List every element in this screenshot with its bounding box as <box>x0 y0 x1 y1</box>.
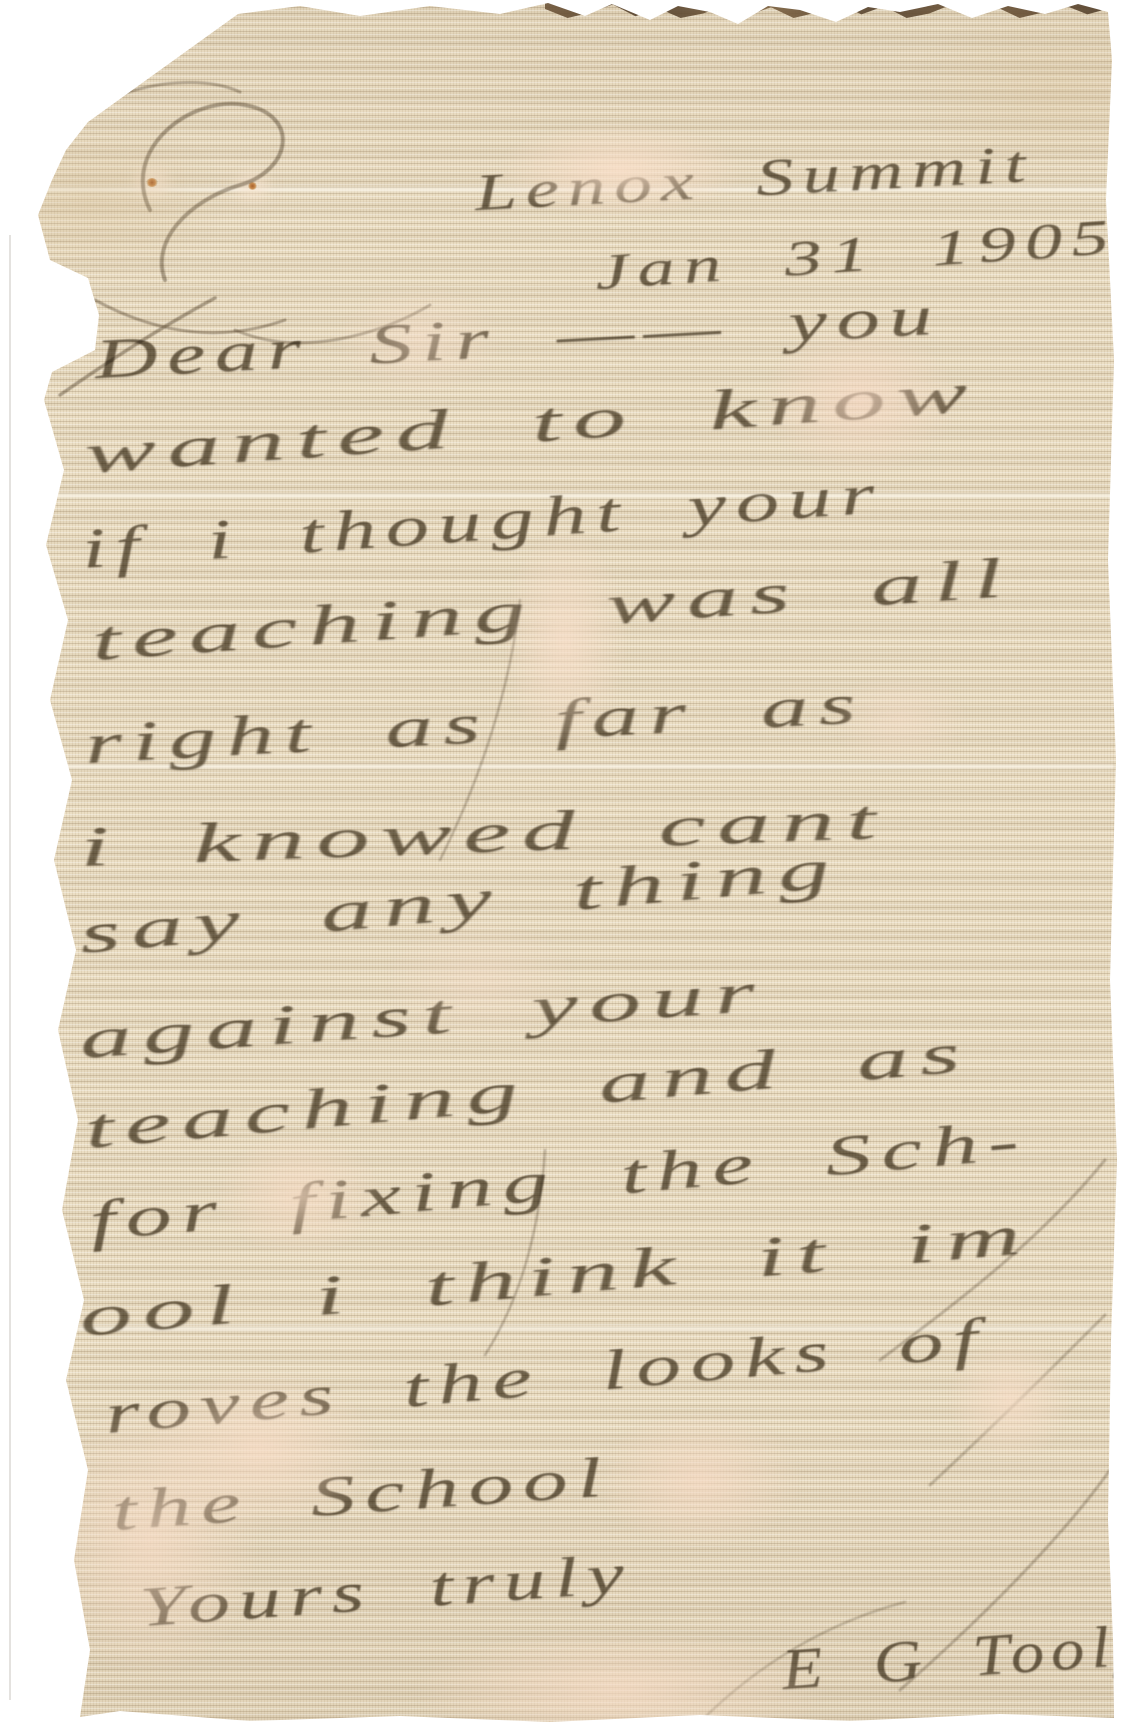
letter-signature: E G Tooly <box>780 1612 1136 1702</box>
torn-edge-remnant <box>545 0 1110 18</box>
rust-spot <box>248 182 257 190</box>
scanner-edge-line <box>9 235 11 1700</box>
letter-closing-line: Yours truly <box>138 1544 635 1640</box>
letter-date-line: Jan 31 1905 <box>593 209 1119 300</box>
letter-paper: Lenox Summit Jan 31 1905 Dear Sir —— you… <box>0 0 1136 1727</box>
letter-place-line: Lenox Summit <box>474 136 1036 222</box>
scanner-bed: Lenox Summit Jan 31 1905 Dear Sir —— you… <box>0 0 1136 1727</box>
rust-spot <box>146 178 158 187</box>
letter-body-line: right as far as <box>83 674 867 776</box>
letter-body-line: the School <box>110 1447 614 1543</box>
